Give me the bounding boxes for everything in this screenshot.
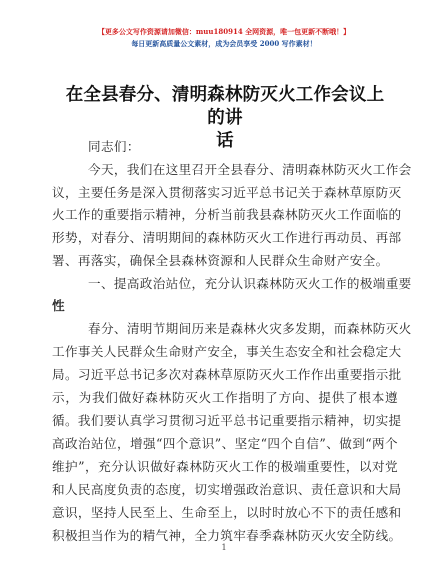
body-line: 春分、清明节期间历来是森林火灾多发期，而森林防灭火 bbox=[88, 318, 398, 337]
body-line: 署、再落实，确保全县森林资源和人民群众生命财产安全。 bbox=[52, 250, 398, 269]
section-heading-cont: 性 bbox=[52, 295, 398, 314]
promo-header-line-1: 【更多公文写作资源请加微信：muu180914 全网资源，唯一包更新不断哦！】 bbox=[0, 27, 448, 37]
page-number: 1 bbox=[0, 543, 448, 552]
body-line: 火工作的重要指示精神，分析当前我县森林防灭火工作面临的 bbox=[52, 204, 398, 223]
body-line: 意识，坚持人民至上、生命至上，以时时放心不下的责任感和 bbox=[52, 502, 398, 521]
body-line: 局。习近平总书记多次对森林草原防灭火工作作出重要指示批 bbox=[52, 364, 398, 383]
body-line: 示，为我们做好森林防灭火工作指明了方向、提供了根本遵 bbox=[52, 387, 398, 406]
title-line-1: 在全县春分、清明森林防灭火工作会议上的讲 bbox=[60, 84, 390, 130]
salutation: 同志们： bbox=[88, 136, 398, 155]
body-line: 维护”，充分认识做好森林防灭火工作的极端重要性，以对党 bbox=[52, 456, 398, 475]
section-heading: 一、提高政治站位，充分认识森林防灭火工作的极端重要 bbox=[88, 273, 398, 292]
body-line: 和人民高度负责的态度，切实增强政治意识、责任意识和大局 bbox=[52, 479, 398, 498]
body-line: 循。我们要认真学习贯彻习近平总书记重要指示精神，切实提 bbox=[52, 410, 398, 429]
body-line: 议，主要任务是深入贯彻落实习近平总书记关于森林草原防灭 bbox=[52, 182, 398, 201]
body-line: 形势，对春分、清明期间的森林防灭火工作进行再动员、再部 bbox=[52, 227, 398, 246]
body-line: 高政治站位，增强“四个意识”、坚定“四个自信”、做到“两个 bbox=[52, 433, 398, 452]
body-line: 积极担当作为的精气神，全力筑牢春季森林防灭火安全防线。 bbox=[52, 525, 398, 544]
body-line: 今天，我们在这里召开全县春分、清明森林防灭火工作会 bbox=[88, 159, 398, 178]
promo-header-line-2: 每日更新高质量公文素材，成为会员享受 2000 写作素材！ bbox=[0, 39, 448, 49]
body-line: 工作事关人民群众生命财产安全，事关生态安全和社会稳定大 bbox=[52, 341, 398, 360]
